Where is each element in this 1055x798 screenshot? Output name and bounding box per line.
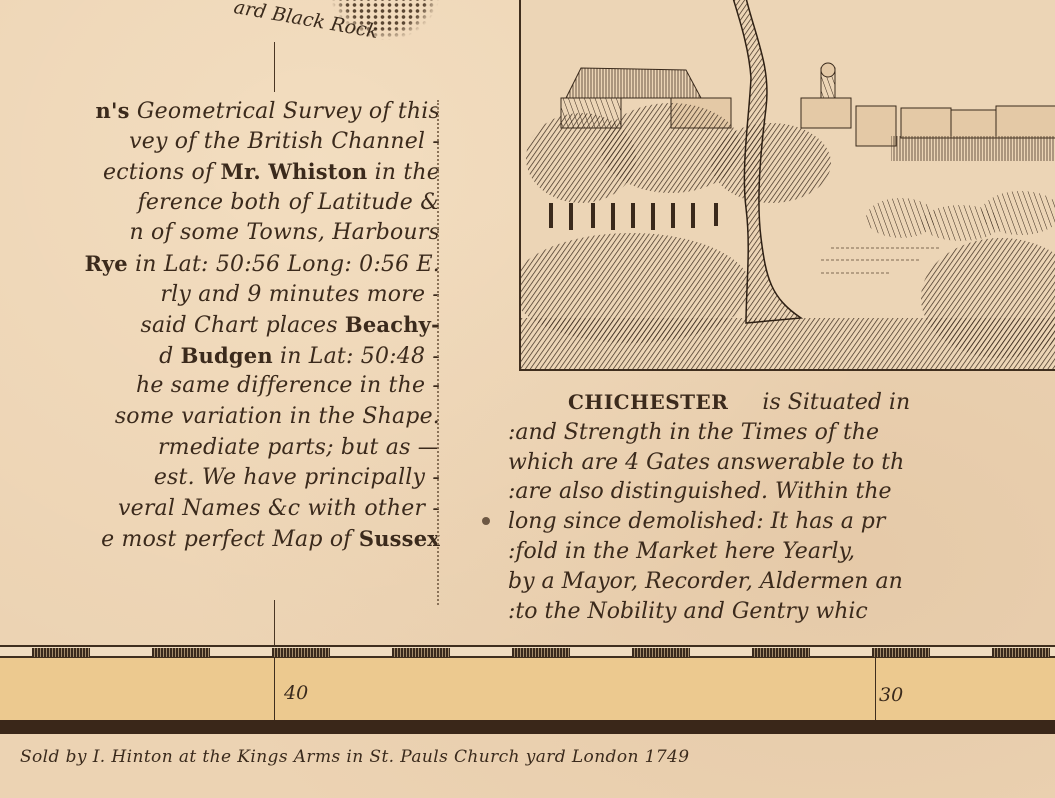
scale-segment <box>272 648 330 657</box>
dotted-border <box>437 100 439 605</box>
border-rule <box>0 720 1055 734</box>
survey-note-text: n's Geometrical Survey of thisvey of the… <box>0 96 440 555</box>
band-divider-30 <box>875 658 876 720</box>
chichester-line: by a Mayor, Recorder, Aldermen an <box>508 567 1055 597</box>
scale-segment <box>392 648 450 657</box>
scale-segment <box>692 648 750 657</box>
survey-line: n of some Towns, Harbours <box>0 218 440 249</box>
survey-line: he same difference in the - <box>0 371 440 402</box>
chichester-line: :fold in the Market here Yearly, <box>508 537 1055 567</box>
longitude-scale-bar <box>0 645 1055 658</box>
survey-line: rly and 9 minutes more - <box>0 280 440 311</box>
survey-line: said Chart places Beachy- <box>0 310 440 341</box>
chichester-line: :to the Nobility and Gentry whic <box>508 597 1055 627</box>
scale-segment <box>632 648 690 657</box>
survey-line: d Budgen in Lat: 50:48 - <box>0 341 440 372</box>
survey-line: some variation in the Shape. <box>0 402 440 433</box>
survey-line: ference both of Latitude & <box>0 188 440 219</box>
scale-segment <box>32 648 90 657</box>
chichester-line: :are also distinguished. Within the <box>508 477 1055 507</box>
survey-line: Rye in Lat: 50:56 Long: 0:56 E. <box>0 249 440 280</box>
chichester-description: CHICHESTERis Situated in :and Strength i… <box>508 388 1055 626</box>
scale-segment <box>992 648 1050 657</box>
chichester-engraving <box>519 0 1055 371</box>
scale-segment <box>332 648 390 657</box>
scale-segment <box>872 648 930 657</box>
publisher-imprint: Sold by I. Hinton at the Kings Arms in S… <box>20 747 689 767</box>
survey-line: ections of Mr. Whiston in the <box>0 157 440 188</box>
survey-line: e most perfect Map of Sussex <box>0 524 440 555</box>
band-divider-40 <box>274 658 275 720</box>
scale-segment <box>932 648 990 657</box>
chichester-line: :and Strength in the Times of the <box>508 418 1055 448</box>
survey-line: rmediate parts; but as — <box>0 433 440 464</box>
scale-segment <box>212 648 270 657</box>
survey-line: n's Geometrical Survey of this <box>0 96 440 127</box>
survey-line: vey of the British Channel - <box>0 127 440 158</box>
survey-line: est. We have principally - <box>0 463 440 494</box>
scale-segment <box>452 648 510 657</box>
scale-label-30: 30 <box>879 684 903 706</box>
scale-label-40: 40 <box>284 682 308 704</box>
chichester-line: long since demolished: It has a pr <box>508 507 1055 537</box>
chichester-first-line: CHICHESTERis Situated in <box>508 388 1055 418</box>
scale-segment <box>512 648 570 657</box>
scale-segment <box>812 648 870 657</box>
meridian-line-top <box>274 42 275 92</box>
engraving-town-view-icon <box>521 0 1055 371</box>
chichester-title: CHICHESTER <box>568 390 728 414</box>
scale-segment <box>92 648 150 657</box>
scale-segment <box>572 648 630 657</box>
ink-spot <box>482 517 490 525</box>
scale-segment <box>752 648 810 657</box>
survey-line: veral Names &c with other - <box>0 494 440 525</box>
chichester-line: which are 4 Gates answerable to th <box>508 448 1055 478</box>
scale-segment <box>152 648 210 657</box>
